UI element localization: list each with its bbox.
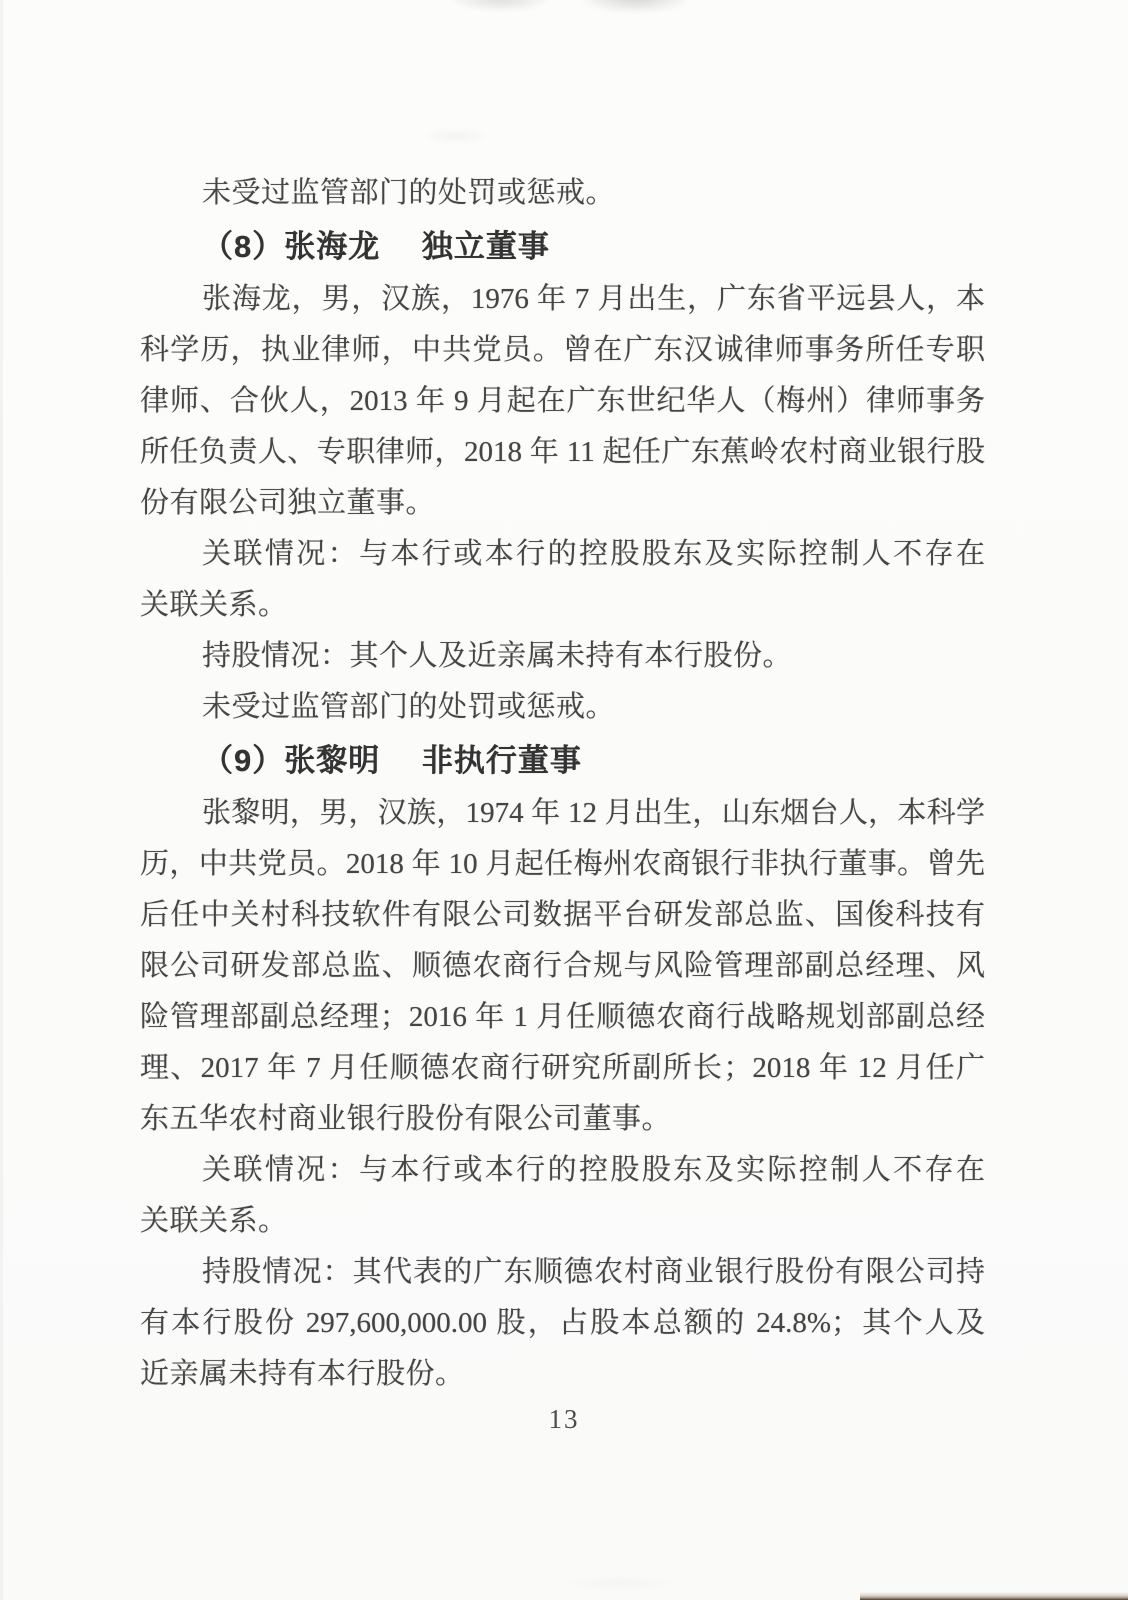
scan-smudge (578, 0, 693, 14)
scan-smudge (560, 1576, 680, 1590)
text-line: 持股情况：其代表的广东顺德农村商业银行股份有限公司持 (140, 1247, 985, 1298)
page-number: 13 (0, 1404, 1128, 1435)
text-line: 张黎明，男，汉族，1974 年 12 月出生，山东烟台人，本科学 (140, 788, 985, 839)
section-heading-8: （8）张海龙 独立董事 (140, 219, 985, 274)
text-line: 关联情况：与本行或本行的控股股东及实际控制人不存在 (140, 529, 985, 580)
text-line: 关联情况：与本行或本行的控股股东及实际控制人不存在 (140, 1145, 985, 1196)
text-line: 限公司研发部总监、顺德农商行合规与风险管理部副总经理、风 (140, 941, 985, 992)
text-line: 后任中关村科技软件有限公司数据平台研发部总监、国俊科技有 (140, 890, 985, 941)
text-line: 持股情况：其个人及近亲属未持有本行股份。 (140, 631, 985, 682)
text-line: 律师、合伙人，2013 年 9 月起在广东世纪华人（梅州）律师事务 (140, 376, 985, 427)
scan-edge-shadow (0, 0, 3, 1600)
scan-edge-artifact (860, 1592, 1128, 1600)
text-line: 东五华农村商业银行股份有限公司董事。 (140, 1094, 985, 1145)
text-line: 历，中共党员。2018 年 10 月起任梅州农商银行非执行董事。曾先 (140, 839, 985, 890)
text-line: 份有限公司独立董事。 (140, 478, 985, 529)
section-heading-9: （9）张黎明 非执行董事 (140, 733, 985, 788)
document-body: 未受过监管部门的处罚或惩戒。 （8）张海龙 独立董事 张海龙，男，汉族，1976… (140, 168, 985, 1400)
text-line: 关联关系。 (140, 580, 985, 631)
text-line: 关联关系。 (140, 1196, 985, 1247)
text-line: 张海龙，男，汉族，1976 年 7 月出生，广东省平远县人，本 (140, 274, 985, 325)
text-line: 险管理部副总经理；2016 年 1 月任顺德农商行战略规划部副总经 (140, 992, 985, 1043)
scan-smudge (448, 0, 553, 12)
text-line: 未受过监管部门的处罚或惩戒。 (140, 168, 985, 219)
text-line: 理、2017 年 7 月任顺德农商行研究所副所长；2018 年 12 月任广 (140, 1043, 985, 1094)
text-line: 未受过监管部门的处罚或惩戒。 (140, 682, 985, 733)
text-line: 所任负责人、专职律师，2018 年 11 起任广东蕉岭农村商业银行股 (140, 427, 985, 478)
text-line: 科学历，执业律师，中共党员。曾在广东汉诚律师事务所任专职 (140, 325, 985, 376)
scan-smudge (420, 128, 490, 144)
text-line: 近亲属未持有本行股份。 (140, 1349, 985, 1400)
text-line: 有本行股份 297,600,000.00 股，占股本总额的 24.8%；其个人及 (140, 1298, 985, 1349)
scanned-document-page: 未受过监管部门的处罚或惩戒。 （8）张海龙 独立董事 张海龙，男，汉族，1976… (0, 0, 1128, 1600)
